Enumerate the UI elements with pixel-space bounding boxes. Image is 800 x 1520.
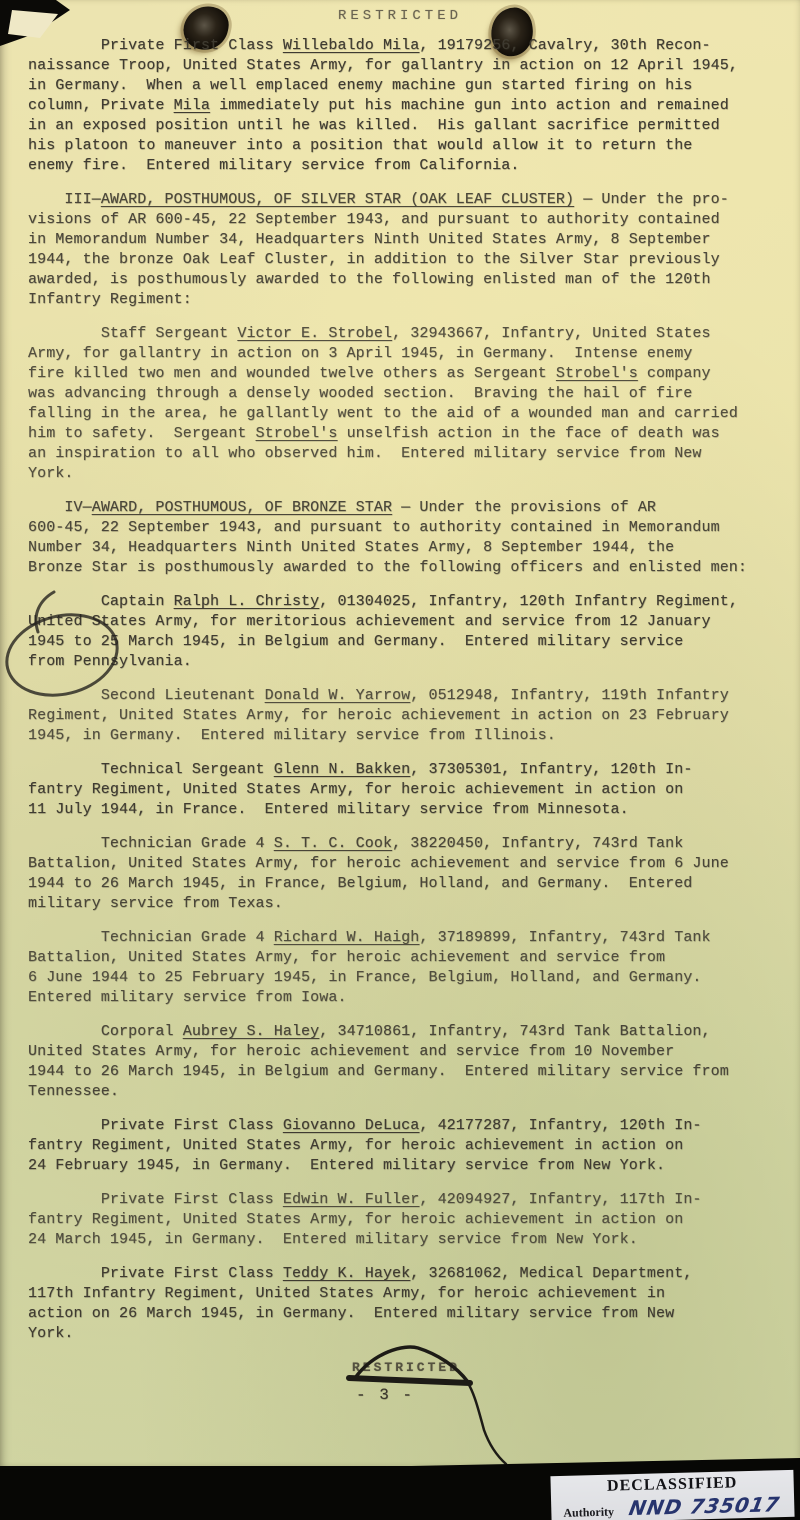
document-body: Private First Class Willebaldo Mila, 191… [28,36,776,1358]
paragraph: Private First Class Teddy K. Hayek, 3268… [28,1264,776,1344]
paragraph: Technician Grade 4 S. T. C. Cook, 382204… [28,834,776,914]
paragraph: Second Lieutenant Donald W. Yarrow, 0512… [28,686,776,746]
paragraph: Private First Class Willebaldo Mila, 191… [28,36,776,176]
paragraph: IV—AWARD, POSTHUMOUS, OF BRONZE STAR — U… [28,498,776,578]
paragraph: Technician Grade 4 Richard W. Haigh, 371… [28,928,776,1008]
paragraph: Private First Class Giovanno DeLuca, 421… [28,1116,776,1176]
paragraph: Corporal Aubrey S. Haley, 34710861, Infa… [28,1022,776,1102]
page-number: - 3 - [356,1386,414,1404]
declassified-stamp: DECLASSIFIED Authority NND 735017 [550,1470,794,1520]
paragraph: III—AWARD, POSTHUMOUS, OF SILVER STAR (O… [28,190,776,310]
paragraph: Staff Sergeant Victor E. Strobel, 329436… [28,324,776,484]
classification-header: RESTRICTED [0,8,800,24]
classification-footer: RESTRICTED [352,1360,472,1375]
authority-label: Authority [563,1505,614,1520]
scanned-document-page: RESTRICTED Private First Class Willebald… [0,0,800,1466]
authority-handwritten-value: NND 735017 [627,1492,782,1520]
paragraph: Private First Class Edwin W. Fuller, 420… [28,1190,776,1250]
paragraph: Technical Sergeant Glenn N. Bakken, 3730… [28,760,776,820]
paragraph: Captain Ralph L. Christy, 01304025, Infa… [28,592,776,672]
